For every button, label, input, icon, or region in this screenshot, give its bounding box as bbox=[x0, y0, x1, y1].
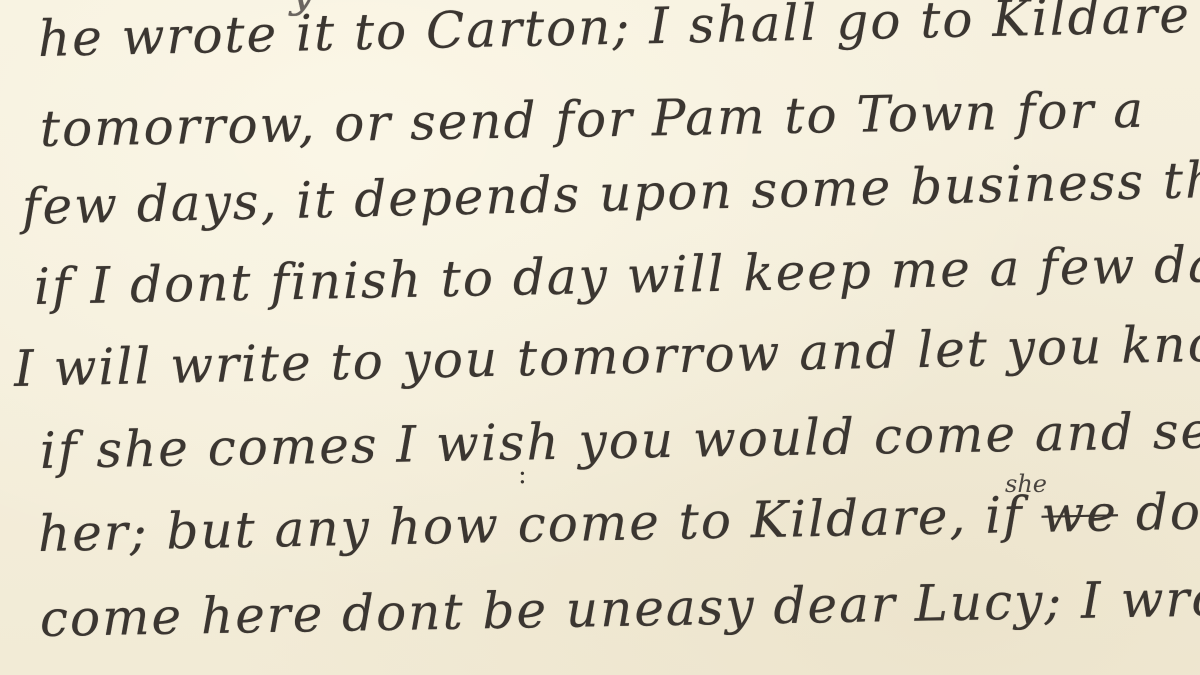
interlinear-insertion: she bbox=[1005, 470, 1047, 498]
line-7-text-b: dont bbox=[1117, 482, 1200, 543]
struck-word: we bbox=[1041, 484, 1118, 543]
marginal-mark: : bbox=[518, 460, 527, 490]
